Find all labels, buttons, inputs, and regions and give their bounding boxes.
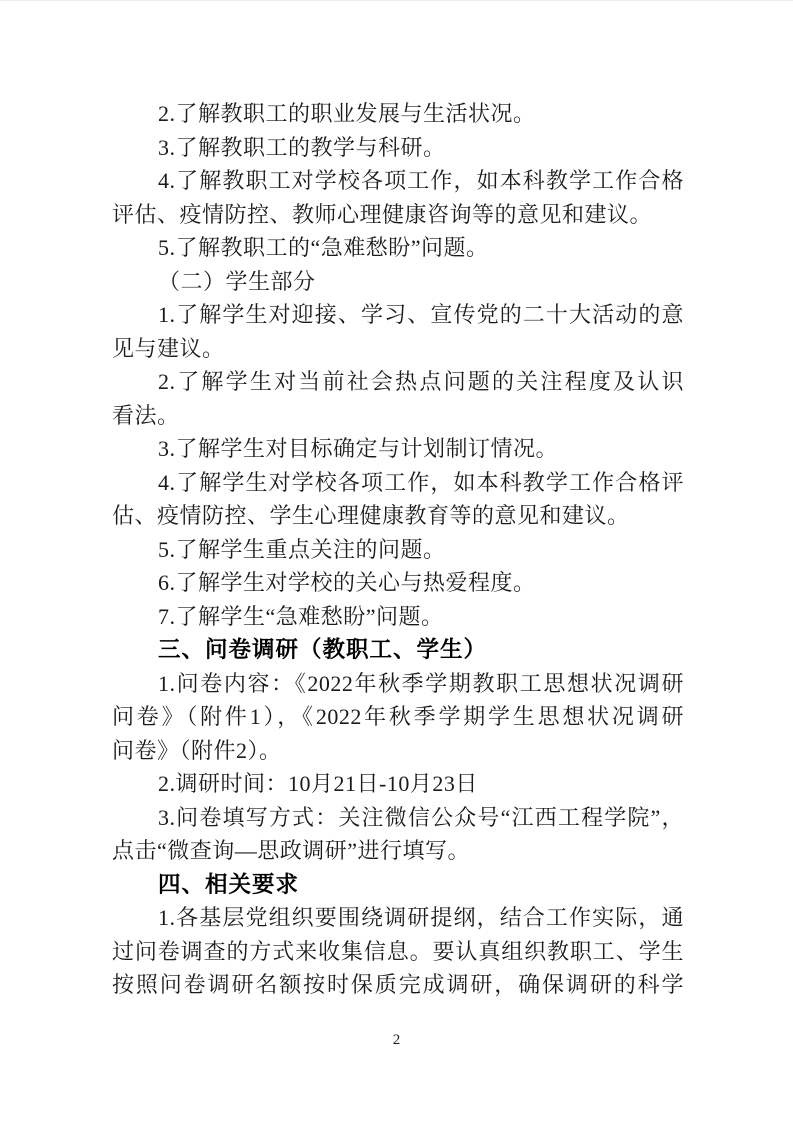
page-number: 2 xyxy=(0,1032,793,1049)
section-heading-survey: 三、问卷调研（教职工、学生） xyxy=(112,633,684,667)
doc-line: 估、疫情防控、学生心理健康教育等的意见和建议。 xyxy=(112,499,684,533)
doc-line: 3.问卷填写方式：关注微信公众号“江西工程学院”， xyxy=(112,801,684,835)
doc-line: 1.了解学生对迎接、学习、宣传党的二十大活动的意 xyxy=(112,298,684,332)
doc-line: 见与建议。 xyxy=(112,332,684,366)
doc-line: 2.了解教职工的职业发展与生活状况。 xyxy=(112,97,684,131)
document-body: 2.了解教职工的职业发展与生活状况。 3.了解教职工的教学与科研。 4.了解教职… xyxy=(112,97,684,1002)
doc-line: 1.问卷内容：《2022年秋季学期教职工思想状况调研 xyxy=(112,667,684,701)
doc-line: 1.各基层党组织要围绕调研提纲，结合工作实际，通 xyxy=(112,901,684,935)
doc-line: 过问卷调查的方式来收集信息。要认真组织教职工、学生 xyxy=(112,935,684,969)
doc-line-survey-time: 2.调研时间：10月21日-10月23日 xyxy=(112,767,684,801)
doc-line: 7.了解学生“急难愁盼”问题。 xyxy=(112,600,684,634)
doc-line: 6.了解学生对学校的关心与热爱程度。 xyxy=(112,566,684,600)
doc-line: 评估、疫情防控、教师心理健康咨询等的意见和建议。 xyxy=(112,198,684,232)
doc-line: 3.了解学生对目标确定与计划制订情况。 xyxy=(112,432,684,466)
doc-line: 点击“微查询—思政调研”进行填写。 xyxy=(112,834,684,868)
doc-line: 看法。 xyxy=(112,399,684,433)
doc-line: 5.了解教职工的“急难愁盼”问题。 xyxy=(112,231,684,265)
doc-line: 4.了解教职工对学校各项工作，如本科教学工作合格 xyxy=(112,164,684,198)
doc-line: 5.了解学生重点关注的问题。 xyxy=(112,533,684,567)
doc-line: 问卷》（附件1），《2022年秋季学期学生思想状况调研 xyxy=(112,700,684,734)
doc-line: 3.了解教职工的教学与科研。 xyxy=(112,131,684,165)
subsection-heading-students: （二）学生部分 xyxy=(112,265,684,299)
document-page: { "page": { "background": "#ffffff", "te… xyxy=(0,0,793,1122)
doc-line: 2.了解学生对当前社会热点问题的关注程度及认识 xyxy=(112,365,684,399)
section-heading-requirements: 四、相关要求 xyxy=(112,868,684,902)
scan-edge-artifact xyxy=(0,0,793,1)
doc-line: 按照问卷调研名额按时保质完成调研，确保调研的科学 xyxy=(112,968,684,1002)
doc-line: 问卷》（附件2）。 xyxy=(112,734,684,768)
doc-line: 4.了解学生对学校各项工作，如本科教学工作合格评 xyxy=(112,466,684,500)
